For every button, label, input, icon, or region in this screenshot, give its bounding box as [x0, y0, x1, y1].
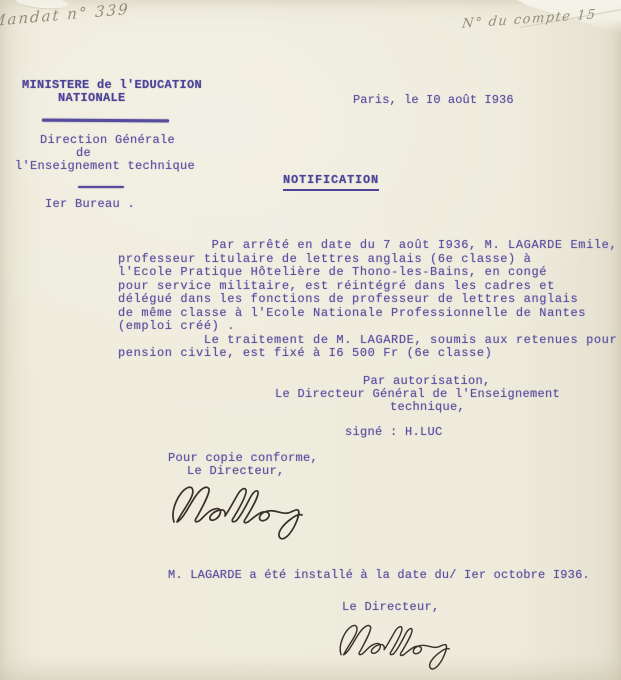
installation-line: M. LAGARDE a été installé à la date du/ …	[168, 569, 590, 583]
direction-generale-line3: l'Enseignement technique	[15, 160, 195, 174]
handwritten-note-mandat: Mandat n° 339	[0, 0, 130, 30]
ministry-name-line2: NATIONALE	[58, 92, 126, 106]
dateline: Paris, le I0 août I936	[353, 94, 514, 108]
direction-generale-line1: Direction Générale	[40, 134, 175, 148]
handwritten-note-compte: N° du compte 15	[461, 7, 597, 32]
body-paragraphs: Par arrêté en date du 7 août I936, M. LA…	[118, 239, 617, 361]
direction-rule	[78, 186, 124, 188]
director-signature-footer	[336, 610, 488, 676]
technique-line: technique,	[390, 401, 465, 415]
director-signature	[168, 476, 348, 540]
letterhead-rule	[42, 119, 169, 123]
document-page: Mandat n° 339 N° du compte 15 MINISTERE …	[0, 0, 621, 680]
document-title: NOTIFICATION	[283, 174, 379, 191]
signe-line: signé : H.LUC	[345, 426, 443, 440]
bureau-line: Ier Bureau .	[45, 198, 135, 212]
